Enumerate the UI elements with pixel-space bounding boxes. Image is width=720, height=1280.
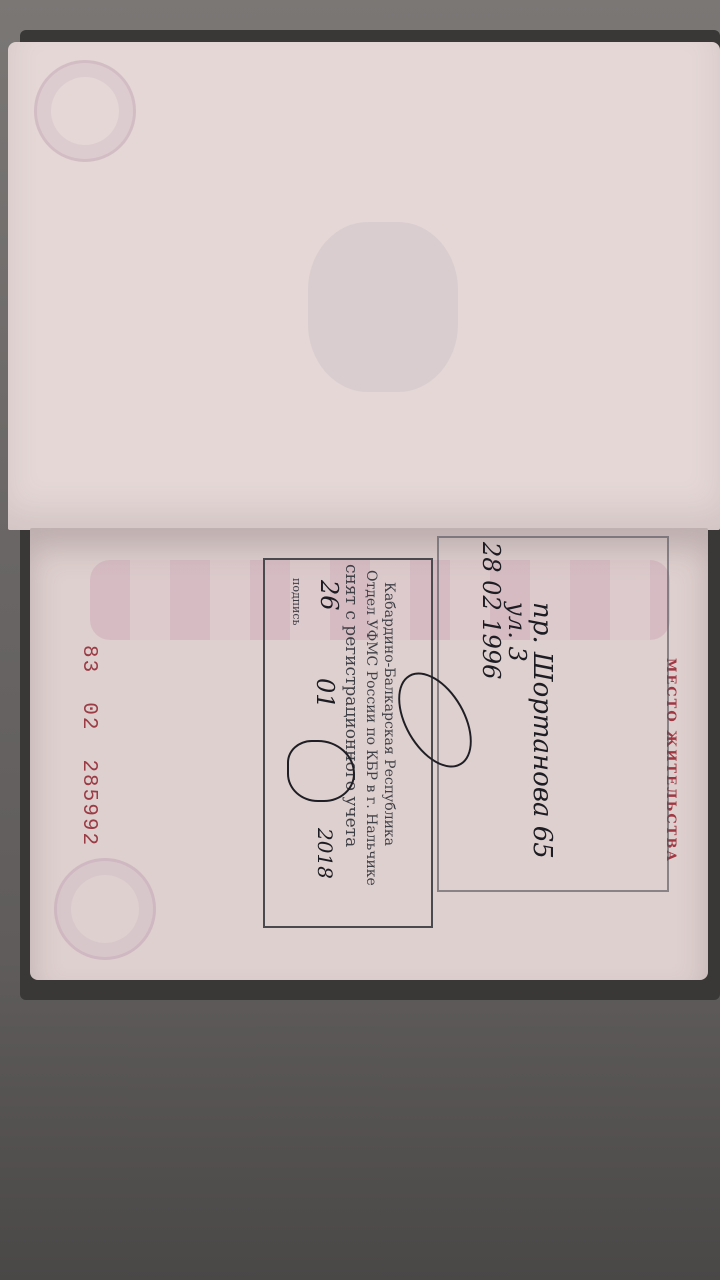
passport-top-page (8, 42, 720, 530)
passport-serial-number: 8302285992 (77, 645, 100, 875)
deregistration-stamp: Кабардино-Балкарская Республика Отдел УФ… (263, 558, 433, 928)
date-day: 26 (315, 580, 343, 611)
serial-part: 02 (77, 702, 100, 731)
rosette-ornament-icon (54, 858, 156, 960)
signature-label: подпись (290, 578, 303, 626)
serial-part: 285992 (77, 759, 100, 847)
handwritten-line2: ул. 3 (503, 602, 531, 662)
stamp-line: снят с регистрационного учета (341, 564, 361, 847)
date-year: 2018 (313, 828, 337, 879)
date-month: 01 (311, 678, 339, 709)
bleed-through-emblem (308, 222, 458, 392)
stamp-line: Отдел УФМС России по КБР в г. Нальчике (363, 570, 379, 886)
serial-part: 83 (77, 645, 100, 674)
stamp-line: Кабардино-Балкарская Республика (381, 582, 397, 846)
rosette-ornament-icon (34, 60, 136, 162)
residence-stamp: пр. Шортанова 65 ул. 3 28 02 1996 (437, 536, 669, 892)
handwritten-date: 28 02 1996 (477, 542, 505, 679)
handwritten-address: пр. Шортанова 65 (527, 602, 557, 859)
